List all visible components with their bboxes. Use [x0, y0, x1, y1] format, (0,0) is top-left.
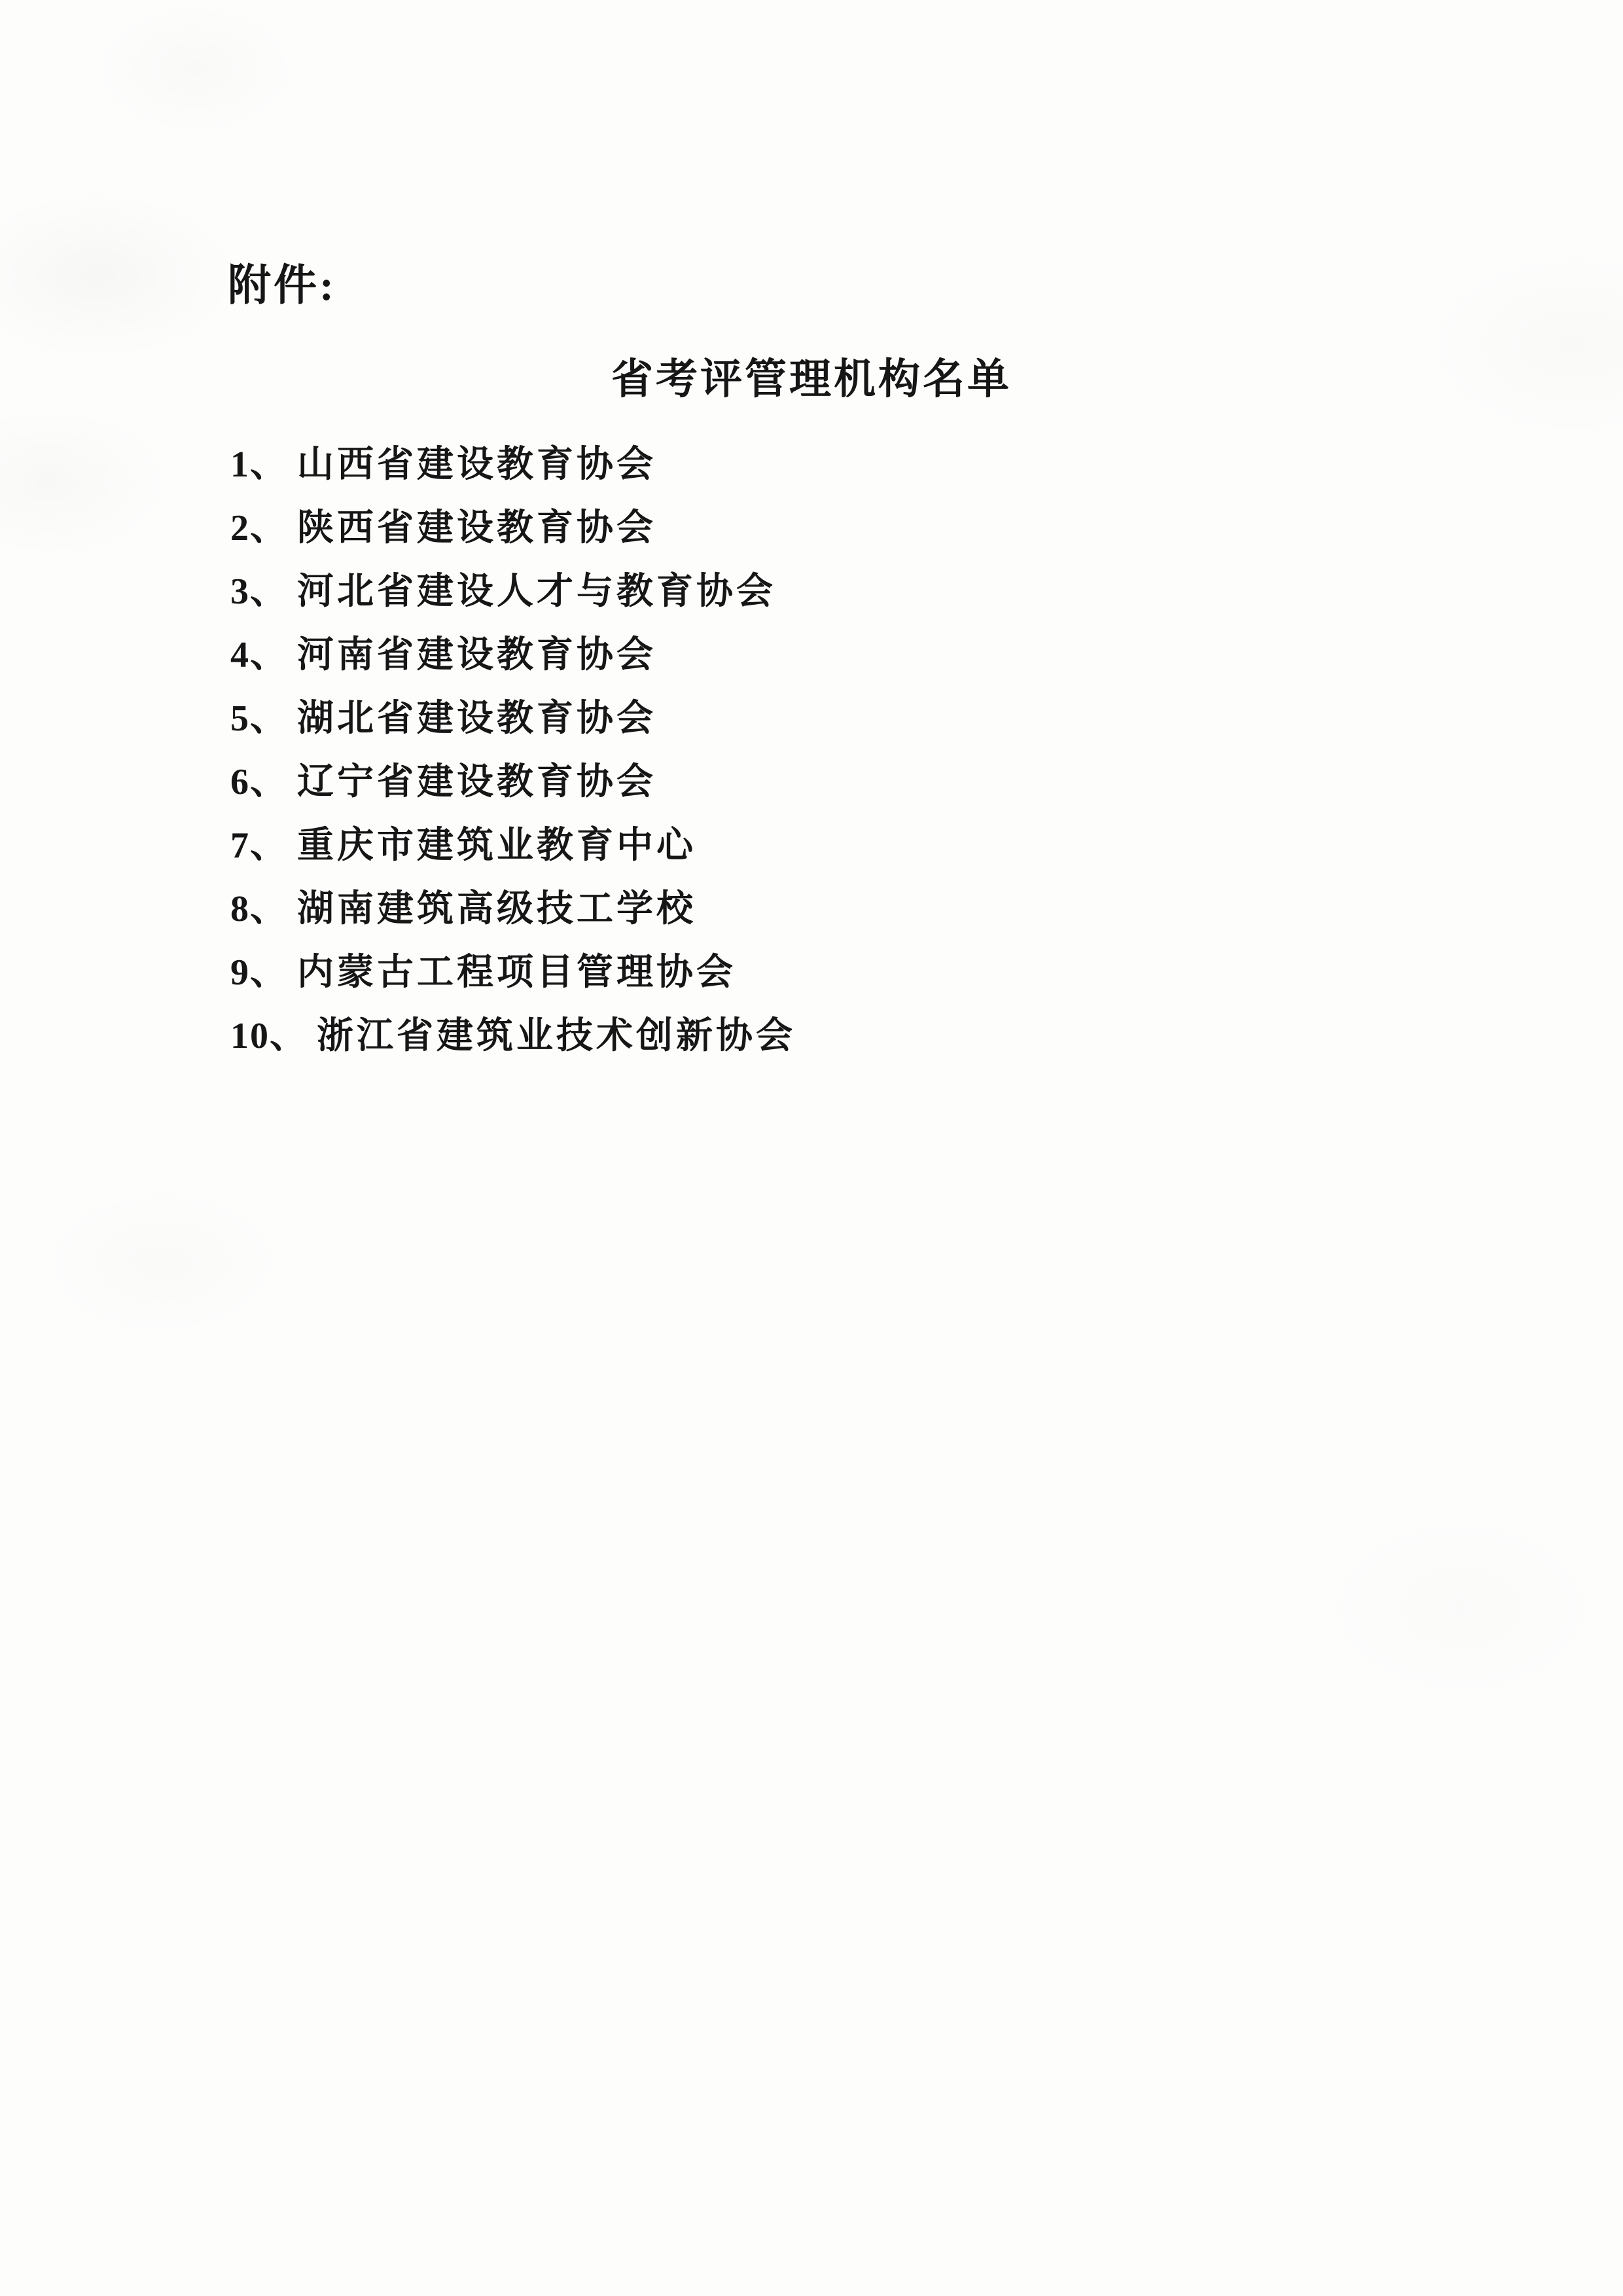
list-item: 7、重庆市建筑业教育中心 [230, 814, 796, 878]
list-item-number: 10、 [230, 1005, 308, 1068]
list-item-name: 河北省建设人才与教育协会 [297, 571, 776, 612]
list-item-name: 浙江省建筑业技术创新协会 [317, 1016, 796, 1056]
list-item: 3、河北省建设人才与教育协会 [230, 560, 796, 624]
organization-list: 1、山西省建设教育协会 2、陕西省建设教育协会 3、河北省建设人才与教育协会 4… [230, 433, 796, 1068]
list-item: 2、陕西省建设教育协会 [230, 497, 796, 560]
list-item-name: 河南省建设教育协会 [297, 635, 656, 675]
list-item-name: 重庆市建筑业教育中心 [297, 825, 696, 866]
list-item-name: 辽宁省建设教育协会 [297, 762, 656, 802]
list-item: 10、浙江省建筑业技术创新协会 [230, 1005, 796, 1068]
list-item: 1、山西省建设教育协会 [230, 433, 796, 497]
list-item: 6、辽宁省建设教育协会 [230, 751, 796, 814]
scanned-document-page: 附件: 省考评管理机构名单 1、山西省建设教育协会 2、陕西省建设教育协会 3、… [0, 0, 1623, 2296]
list-item-name: 内蒙古工程项目管理协会 [297, 952, 736, 993]
list-item-number: 4、 [230, 624, 288, 687]
list-item-number: 9、 [230, 941, 288, 1005]
list-item-number: 3、 [230, 560, 288, 624]
list-item-number: 8、 [230, 878, 288, 941]
list-item-number: 5、 [230, 687, 288, 751]
list-item-name: 陕西省建设教育协会 [297, 508, 656, 548]
list-item: 4、河南省建设教育协会 [230, 624, 796, 687]
list-item-number: 6、 [230, 751, 288, 814]
list-item-number: 7、 [230, 814, 288, 878]
list-item-name: 湖北省建设教育协会 [297, 698, 656, 739]
list-item-name: 湖南建筑高级技工学校 [297, 889, 696, 929]
attachment-label: 附件: [228, 264, 336, 308]
list-item-number: 2、 [230, 497, 288, 560]
list-item: 5、湖北省建设教育协会 [230, 687, 796, 751]
list-item-name: 山西省建设教育协会 [297, 444, 656, 485]
page-title: 省考评管理机构名单 [0, 359, 1623, 401]
list-item: 9、内蒙古工程项目管理协会 [230, 941, 796, 1005]
list-item: 8、湖南建筑高级技工学校 [230, 878, 796, 941]
list-item-number: 1、 [230, 433, 288, 497]
